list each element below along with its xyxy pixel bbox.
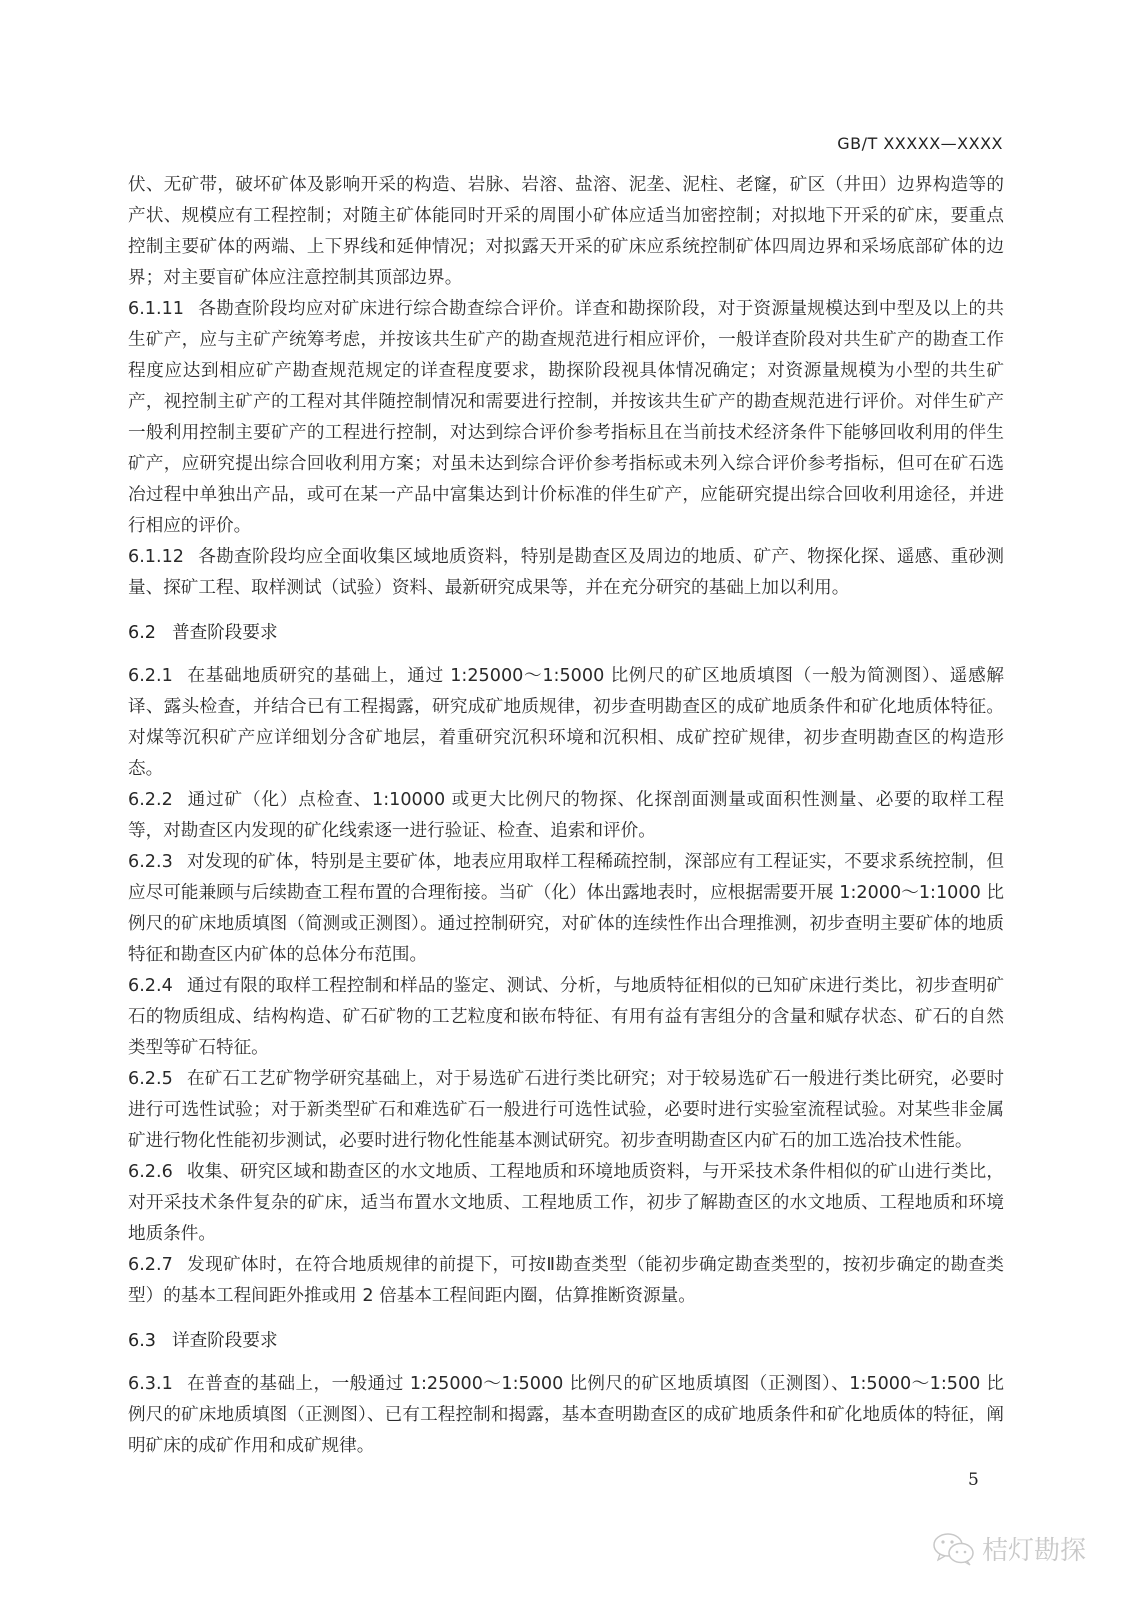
clause-6-1-11: 6.1.11各勘查阶段均应对矿床进行综合勘查综合评价。详查和勘探阶段，对于资源量… [128, 294, 1004, 542]
clause-text: 在普查的基础上，一般通过 1:25000～1:5000 比例尺的矿区地质填图（正… [128, 1374, 1004, 1456]
clause-text: 在基础地质研究的基础上，通过 1:25000～1:5000 比例尺的矿区地质填图… [128, 666, 1004, 779]
clause-number: 6.2.7 [128, 1255, 173, 1275]
clause-number: 6.1.12 [128, 547, 184, 567]
wechat-icon [932, 1532, 976, 1566]
clause-text: 收集、研究区域和勘查区的水文地质、工程地质和环境地质资料，与开采技术条件相似的矿… [128, 1162, 1004, 1244]
clause-number: 6.2.5 [128, 1069, 173, 1089]
clause-text: 各勘查阶段均应对矿床进行综合勘查综合评价。详查和勘探阶段，对于资源量规模达到中型… [128, 299, 1004, 536]
clause-number: 6.2.6 [128, 1162, 173, 1182]
section-title: 详查阶段要求 [172, 1331, 278, 1351]
clause-6-2-7: 6.2.7发现矿体时，在符合地质规律的前提下，可按Ⅱ勘查类型（能初步确定勘查类型… [128, 1250, 1004, 1312]
clause-text: 各勘查阶段均应全面收集区域地质资料，特别是勘查区及周边的地质、矿产、物探化探、遥… [128, 547, 1004, 598]
page-number: 5 [968, 1470, 979, 1490]
clause-6-1-12: 6.1.12各勘查阶段均应全面收集区域地质资料，特别是勘查区及周边的地质、矿产、… [128, 542, 1004, 604]
clause-6-2-4: 6.2.4通过有限的取样工程控制和样品的鉴定、测试、分析，与地质特征相似的已知矿… [128, 971, 1004, 1064]
clause-6-2-1: 6.2.1在基础地质研究的基础上，通过 1:25000～1:5000 比例尺的矿… [128, 661, 1004, 785]
clause-6-3-1: 6.3.1在普查的基础上，一般通过 1:25000～1:5000 比例尺的矿区地… [128, 1369, 1004, 1462]
watermark: 桔灯勘探 [932, 1530, 1086, 1567]
clause-number: 6.3.1 [128, 1374, 173, 1394]
section-number: 6.3 [128, 1331, 156, 1351]
clause-number: 6.1.11 [128, 299, 184, 319]
clause-6-2-3: 6.2.3对发现的矿体，特别是主要矿体，地表应用取样工程稀疏控制，深部应有工程证… [128, 847, 1004, 971]
clause-text: 通过有限的取样工程控制和样品的鉴定、测试、分析，与地质特征相似的已知矿床进行类比… [128, 976, 1004, 1058]
clause-text: 通过矿（化）点检查、1:10000 或更大比例尺的物探、化探剖面测量或面积性测量… [128, 790, 1004, 841]
section-title: 普查阶段要求 [172, 623, 278, 643]
document-page: GB/T XXXXX—XXXX 伏、无矿带，破坏矿体及影响开采的构造、岩脉、岩溶… [0, 0, 1131, 1600]
clause-number: 6.2.1 [128, 666, 173, 686]
clause-text: 在矿石工艺矿物学研究基础上，对于易选矿石进行类比研究；对于较易选矿石一般进行类比… [128, 1069, 1004, 1151]
document-body: 伏、无矿带，破坏矿体及影响开采的构造、岩脉、岩溶、盐溶、泥垄、泥柱、老窿，矿区（… [128, 170, 1004, 1462]
section-number: 6.2 [128, 623, 156, 643]
clause-number: 6.2.4 [128, 976, 173, 996]
section-heading-6-2: 6.2普查阶段要求 [128, 618, 1004, 649]
clause-number: 6.2.3 [128, 852, 173, 872]
standard-code-header: GB/T XXXXX—XXXX [837, 134, 1003, 153]
paragraph-continuation: 伏、无矿带，破坏矿体及影响开采的构造、岩脉、岩溶、盐溶、泥垄、泥柱、老窿，矿区（… [128, 170, 1004, 294]
clause-6-2-6: 6.2.6收集、研究区域和勘查区的水文地质、工程地质和环境地质资料，与开采技术条… [128, 1157, 1004, 1250]
watermark-text: 桔灯勘探 [982, 1530, 1086, 1567]
section-heading-6-3: 6.3详查阶段要求 [128, 1326, 1004, 1357]
clause-6-2-2: 6.2.2通过矿（化）点检查、1:10000 或更大比例尺的物探、化探剖面测量或… [128, 785, 1004, 847]
clause-text: 发现矿体时，在符合地质规律的前提下，可按Ⅱ勘查类型（能初步确定勘查类型的，按初步… [128, 1255, 1004, 1306]
clause-6-2-5: 6.2.5在矿石工艺矿物学研究基础上，对于易选矿石进行类比研究；对于较易选矿石一… [128, 1064, 1004, 1157]
clause-text: 对发现的矿体，特别是主要矿体，地表应用取样工程稀疏控制，深部应有工程证实，不要求… [128, 852, 1004, 965]
clause-number: 6.2.2 [128, 790, 173, 810]
